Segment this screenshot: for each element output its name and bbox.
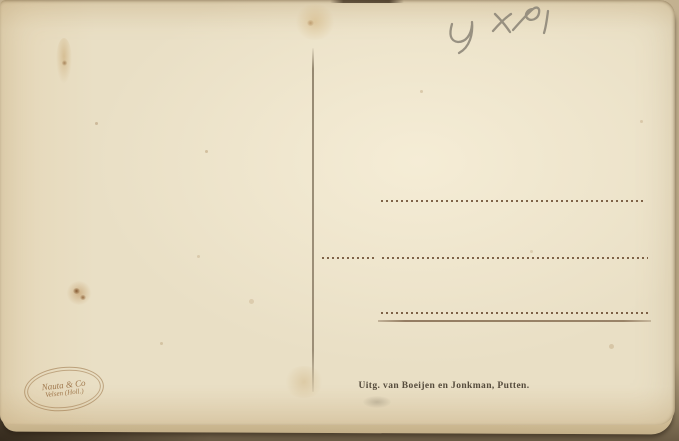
address-line-3-underline — [378, 320, 651, 322]
stain — [56, 38, 72, 84]
address-dotted-line-2-left — [322, 257, 377, 259]
stain — [62, 60, 67, 66]
postcard-photo: Nauta & Co Velsen (Holl.) Uitg. van Boei… — [0, 0, 679, 441]
stain — [307, 20, 314, 26]
stain — [66, 281, 92, 305]
address-dotted-line-2 — [382, 257, 648, 259]
top-edge-mark — [330, 0, 404, 3]
handwritten-pencil-mark — [440, 0, 560, 65]
postcard-back: Nauta & Co Velsen (Holl.) Uitg. van Boei… — [0, 0, 675, 425]
address-dotted-line-1 — [381, 200, 644, 202]
address-dotted-line-3 — [381, 312, 648, 314]
publisher-imprint: Uitg. van Boeijen en Jonkman, Putten. — [324, 381, 564, 391]
address-divider-rule — [312, 48, 314, 392]
stain — [363, 396, 391, 408]
stain — [73, 288, 80, 294]
foxing-speckles — [205, 150, 208, 153]
stain — [294, 4, 336, 40]
stain — [283, 366, 325, 398]
printer-oval-stamp: Nauta & Co Velsen (Holl.) — [22, 363, 106, 415]
stamp-text-line2: Velsen (Holl.) — [45, 388, 84, 399]
stain — [80, 295, 86, 300]
